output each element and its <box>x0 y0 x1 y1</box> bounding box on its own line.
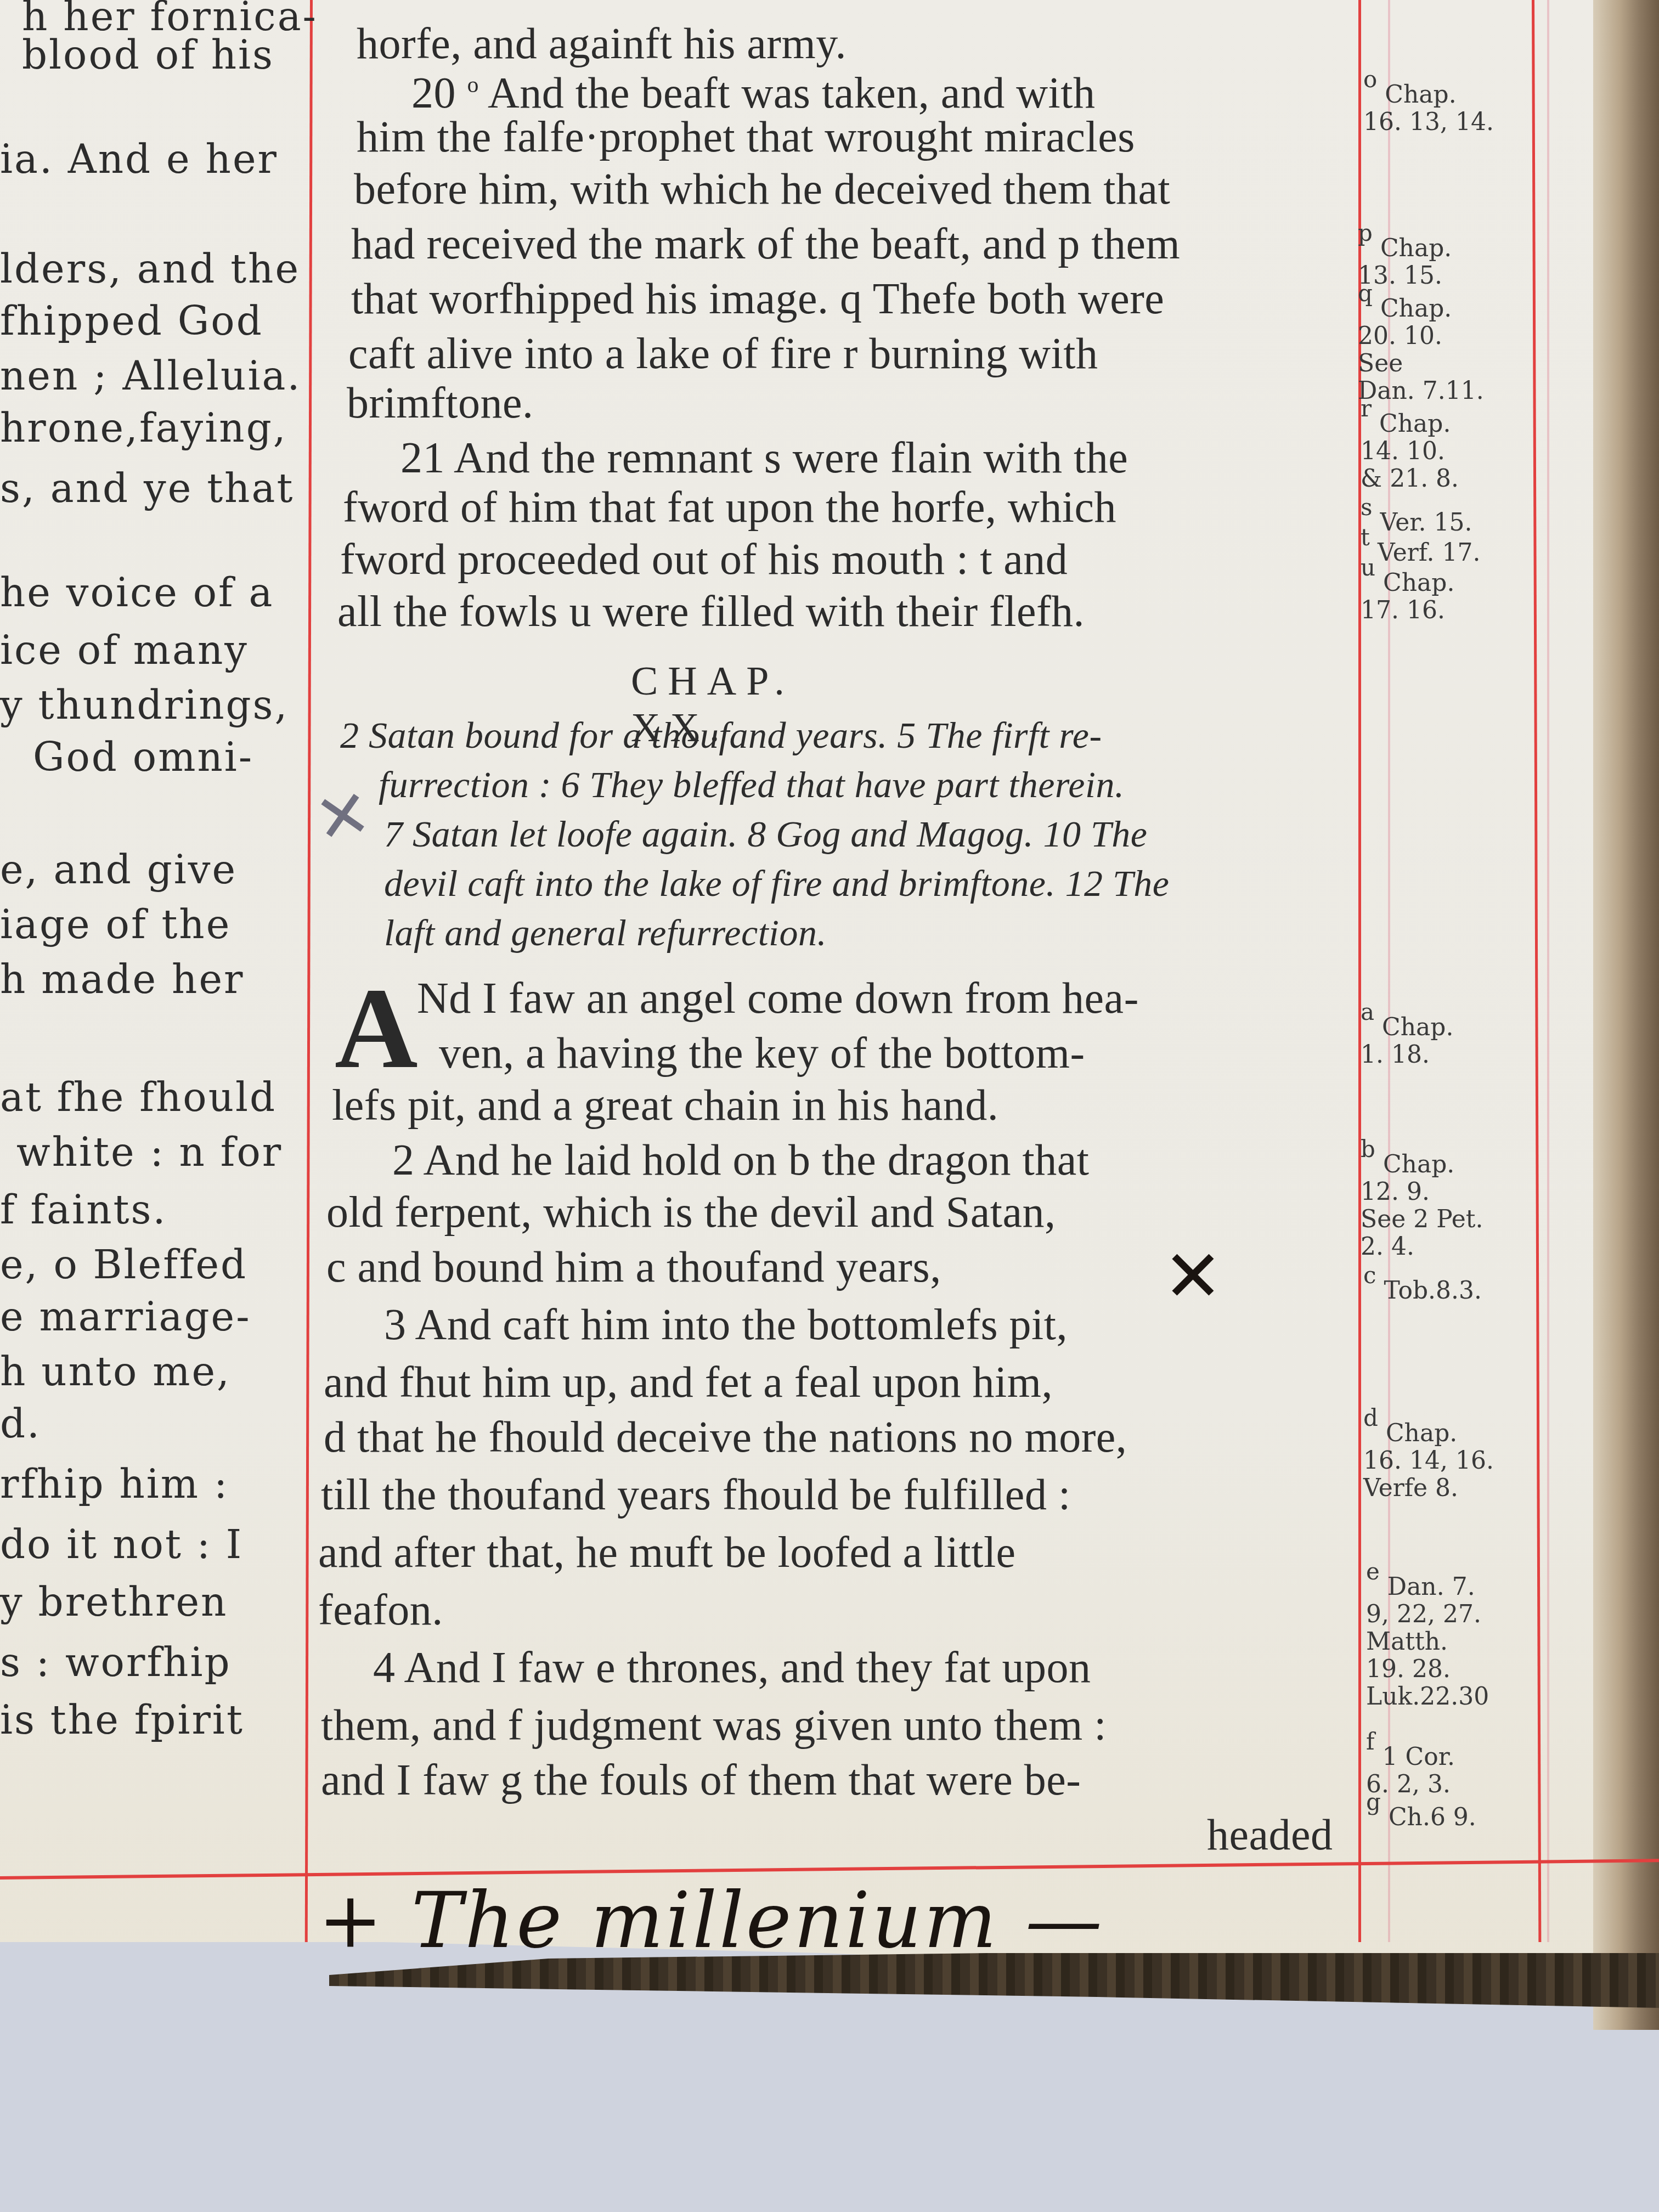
verse-text: And he laid hold on b the dragon that <box>424 1136 1090 1184</box>
verse-1-line: lefs pit, and a great chain in his hand. <box>332 1081 998 1130</box>
verse-number: 2 <box>392 1136 415 1184</box>
text-line: at fhe fhould <box>0 1073 276 1122</box>
margin-note-g: g Ch.6 9. <box>1366 1788 1476 1831</box>
verse-20-line: brimftone. <box>347 379 533 428</box>
margin-note-f: f 1 Cor.6. 2, 3. <box>1366 1728 1455 1798</box>
verse-21-line: fword of him that fat upon the horfe, wh… <box>343 483 1116 532</box>
text-line: e, o Bleffed <box>0 1240 247 1289</box>
margin-note-r: r Chap.14. 10.& 21. 8. <box>1361 395 1459 493</box>
verse-21-first-line: 21 And the remnant s were flain with the <box>400 433 1128 483</box>
text-line: h unto me, <box>0 1347 231 1396</box>
text-line: ia. And e her <box>0 134 278 184</box>
verse-number: 20 <box>411 69 456 117</box>
margin-note-d: d Chap.16. 14, 16.Verfe 8. <box>1363 1404 1494 1502</box>
text-line: rfhip him : <box>0 1459 229 1509</box>
verse-20-line: had received the mark of the beaft, and … <box>351 219 1180 269</box>
verse-20-line: him the falfe·prophet that wrought mirac… <box>357 112 1135 162</box>
ink-cross-mark: ✕ <box>1163 1234 1223 1318</box>
verse-number: 3 <box>384 1301 407 1349</box>
margin-note-c: c Tob.8.3. <box>1363 1262 1482 1305</box>
text-line: d. <box>0 1399 41 1448</box>
outer-faint-rule <box>1547 0 1549 1942</box>
text-line: is the fpirit <box>0 1695 244 1745</box>
text-line: s : worfhip <box>0 1638 232 1687</box>
margin-note-a: a Chap.1. 18. <box>1361 998 1453 1069</box>
text-line: h made her <box>0 955 244 1004</box>
text-line: hrone,faying, <box>0 403 287 453</box>
text-line: he voice of a <box>0 568 274 617</box>
text-line: lders, and the <box>0 244 300 294</box>
text-line: s, and ye that <box>0 464 294 513</box>
verse-3-line: and after that, he muft be loofed a litt… <box>318 1528 1016 1577</box>
verse-number: 4 <box>373 1644 396 1692</box>
text-line: blood of his <box>22 30 274 80</box>
verse-20-line: caft alive into a lake of fire r burning… <box>348 329 1098 379</box>
text-line: God omni- <box>33 732 253 782</box>
text-line: f faints. <box>0 1185 167 1234</box>
verse-number: 21 <box>400 434 445 482</box>
verse-1-line: Nd I faw an angel come down from hea- <box>417 974 1139 1023</box>
margin-note-p: p Chap.13. 15. <box>1358 219 1452 290</box>
margin-note-q: q Chap.20. 10.SeeDan. 7.11. <box>1358 280 1484 405</box>
margin-note-e: e Dan. 7.9, 22, 27.Matth.19. 28.Luk.22.3… <box>1366 1558 1489 1711</box>
verse-4-first-line: 4 And I faw e thrones, and they fat upon <box>373 1643 1091 1692</box>
verse-21-line: all the fowls u were filled with their f… <box>337 587 1085 636</box>
verse-3-line: till the thoufand years fhould be fulfil… <box>321 1470 1071 1520</box>
chapter-summary-line: laft and general refurrection. <box>384 908 827 957</box>
text-line: white : n for <box>16 1127 283 1177</box>
verse-text: And caft him into the bottomlefs pit, <box>415 1301 1068 1349</box>
verse-text: And the beaft was taken, and with <box>488 69 1095 117</box>
chapter-summary-line: 2 Satan bound for a thoufand years. 5 Th… <box>340 710 1102 760</box>
text-line: ice of many <box>0 625 249 675</box>
text-line: iage of the <box>0 900 231 949</box>
verse-1-line: ven, a having the key of the bottom- <box>439 1029 1085 1078</box>
chapter-summary-line: 7 Satan let loofe again. 8 Gog and Magog… <box>384 809 1147 859</box>
text-line: e marriage- <box>0 1292 251 1341</box>
verse-20-line: that worfhipped his image. q Thefe both … <box>351 274 1164 324</box>
text-line: y brethren <box>0 1577 228 1627</box>
verse-2-line: c and bound him a thoufand years, <box>326 1243 941 1292</box>
verse-21-line: fword proceeded out of his mouth : t and <box>340 535 1068 584</box>
catchword: headed <box>1207 1810 1333 1860</box>
verse-text: And I faw e thrones, and they fat upon <box>404 1644 1091 1692</box>
verse-3-first-line: 3 And caft him into the bottomlefs pit, <box>384 1300 1068 1350</box>
verse-2-line: old ferpent, which is the devil and Sata… <box>326 1188 1056 1237</box>
verse-4-line: and I faw g the fouls of them that were … <box>321 1756 1081 1805</box>
verse-text: And the remnant s were flain with the <box>454 434 1128 482</box>
footnote-marker: o <box>467 72 479 98</box>
chapter-summary-line: furrection : 6 They bleffed that have pa… <box>379 760 1124 809</box>
text-line: do it not : I <box>0 1520 243 1569</box>
margin-note-b: b Chap.12. 9.See 2 Pet.2. 4. <box>1361 1136 1483 1261</box>
page-edges <box>1593 0 1659 2030</box>
handwritten-footer-note: + The millenium — <box>318 1876 1104 1966</box>
verse-3-line: d that he fhould deceive the nations no … <box>324 1413 1127 1462</box>
verse-2-first-line: 2 And he laid hold on b the dragon that <box>392 1136 1089 1185</box>
margin-note-u: u Chap.17. 16. <box>1361 554 1454 624</box>
margin-note-o: o Chap.16. 13, 14. <box>1363 66 1494 136</box>
verse-20-first-line: 20 o And the beaft was taken, and with <box>411 60 1095 118</box>
verse-20-line: before him, with which he deceived them … <box>354 165 1170 214</box>
text-line: nen ; Alleluia. <box>0 351 301 400</box>
text-line: fhipped God <box>0 296 263 346</box>
text-line: y thundrings, <box>0 680 289 730</box>
drop-cap: A <box>335 974 418 1084</box>
verse-3-line: feafon. <box>318 1585 443 1635</box>
verse-3-line: and fhut him up, and fet a feal upon him… <box>324 1358 1053 1407</box>
text-line: e, and give <box>0 845 237 894</box>
verse-4-line: them, and f judgment was given unto them… <box>321 1701 1107 1750</box>
chapter-summary-line: devil caft into the lake of fire and bri… <box>384 859 1169 908</box>
